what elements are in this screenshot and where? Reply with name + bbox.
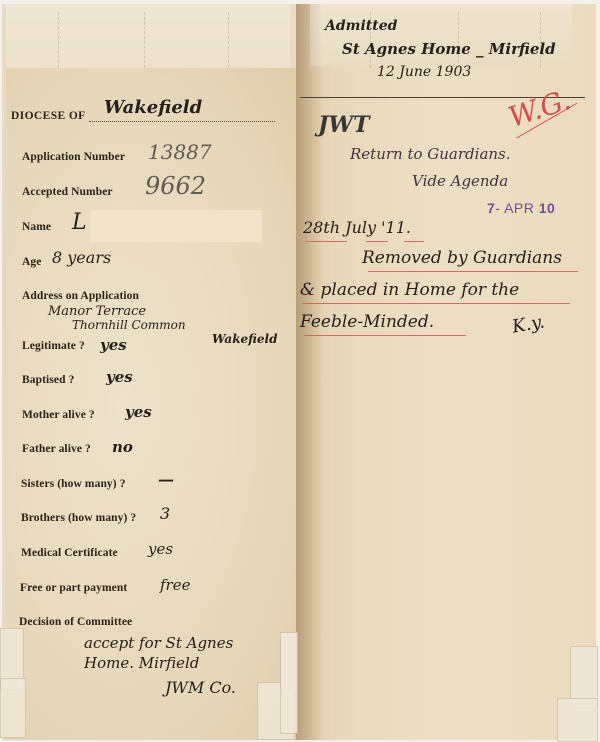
tape-tab — [0, 678, 26, 738]
vide-agenda: Vide Agenda — [412, 172, 508, 190]
initials-top: JWT — [318, 112, 370, 138]
sisters-label: Sisters (how many) ? — [21, 478, 126, 490]
diocese-label: DIOCESE OF — [11, 110, 86, 122]
address-line2: Thornhill Common — [72, 318, 186, 332]
tape-tab — [280, 632, 298, 734]
payment-label: Free or part payment — [20, 582, 127, 594]
address-label: Address on Application — [22, 290, 139, 302]
address-line1: Manor Terrace — [48, 304, 146, 319]
document-scan: DIOCESE OF Wakefield Application Number … — [0, 0, 600, 742]
dotted-line — [89, 121, 275, 122]
date-stamp: 7- APR 10 — [487, 200, 555, 216]
admitted-note: Admitted — [325, 18, 397, 34]
later-note-line2: & placed in Home for the — [300, 280, 519, 300]
later-note-date: 28th July '11. — [303, 218, 411, 237]
admitted-date: 12 June 1903 — [377, 64, 471, 80]
decision-initials: JWM Co. — [165, 678, 236, 697]
red-underline — [404, 241, 424, 242]
legitimate-value: yes — [100, 336, 127, 354]
later-note-line3: Feeble-Minded. — [300, 312, 434, 332]
age-label: Age — [22, 256, 41, 268]
application-number-label: Application Number — [22, 151, 125, 163]
red-underline — [368, 271, 578, 272]
father-alive-label: Father alive ? — [22, 443, 91, 455]
father-alive-value: no — [112, 438, 133, 456]
baptised-label: Baptised ? — [22, 374, 74, 386]
later-note-line1: Removed by Guardians — [362, 248, 562, 268]
legitimate-label: Legitimate ? — [22, 340, 85, 352]
name-value: L — [72, 210, 87, 235]
red-underline — [366, 241, 388, 242]
mother-alive-label: Mother alive ? — [22, 409, 95, 421]
payment-value: free — [160, 576, 190, 594]
accepted-number-label: Accepted Number — [22, 186, 113, 198]
sisters-value: — — [158, 470, 174, 489]
return-note: Return to Guardians. — [350, 145, 511, 163]
admitted-home: St Agnes Home _ Mirfield — [342, 40, 556, 58]
brothers-value: 3 — [160, 504, 170, 523]
application-number-value: 13887 — [148, 140, 212, 164]
age-value: 8 years — [52, 248, 111, 267]
stamp-month: APR — [504, 200, 534, 216]
name-label: Name — [22, 221, 51, 233]
stamp-year: 10 — [539, 200, 556, 216]
redaction-block — [90, 210, 262, 242]
diocese-value: Wakefield — [104, 97, 202, 118]
tape-tab — [557, 698, 598, 742]
brothers-label: Brothers (how many) ? — [21, 512, 136, 524]
red-underline — [302, 303, 570, 304]
red-underline — [304, 335, 466, 336]
decision-label: Decision of Committee — [19, 616, 132, 628]
medical-certificate-value: yes — [148, 540, 173, 558]
address-line3: Wakefield — [212, 332, 277, 346]
medical-certificate-label: Medical Certificate — [21, 547, 118, 559]
mother-alive-value: yes — [125, 403, 152, 421]
red-underline — [305, 241, 347, 242]
decision-line1: accept for St Agnes — [84, 634, 233, 652]
decision-line2: Home. Mirfield — [84, 654, 199, 672]
left-stub — [6, 4, 290, 69]
accepted-number-value: 9662 — [145, 172, 206, 200]
baptised-value: yes — [106, 368, 133, 386]
